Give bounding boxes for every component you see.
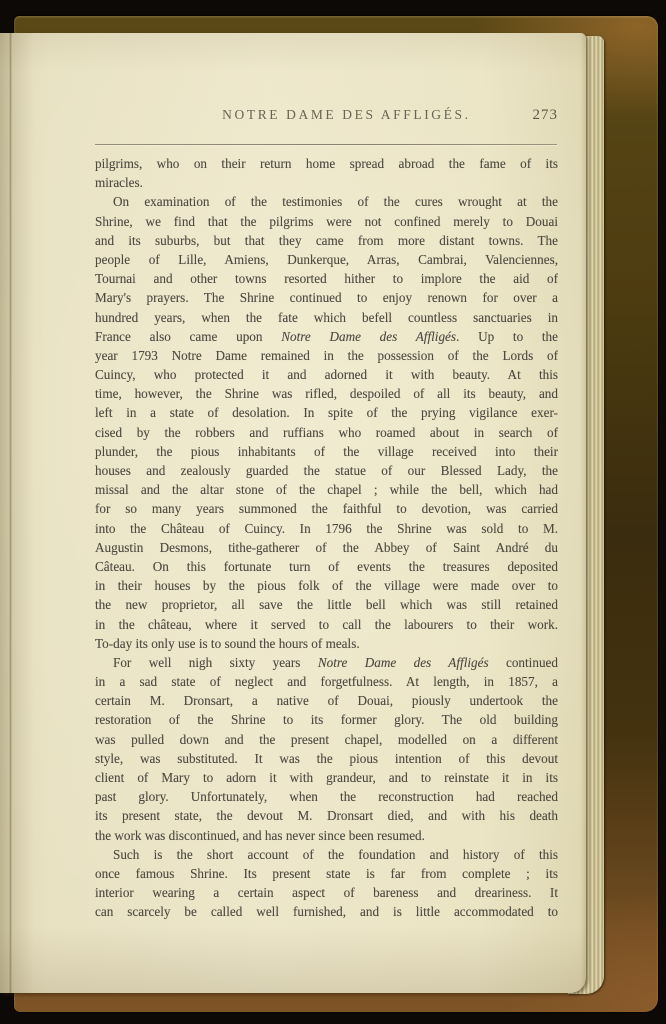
text-line: pilgrims, who on their return home sprea… [95,154,558,173]
paragraph: Such is the short account of the foundat… [95,845,558,922]
text-line: For well nigh sixty years Notre Dame des… [95,653,558,672]
text-line: Cuincy, who protected it and adorned it … [95,365,558,384]
text-line: hundred years, when the fate which befel… [95,308,558,327]
text-line: plunder, the pious inhabitants of the vi… [95,442,558,461]
text-line: in the château, where it served to call … [95,615,558,634]
text-line: past glory. Unfortunately, when the reco… [95,787,558,806]
text-line: in their houses by the pious folk of the… [95,576,558,595]
text-line: Augustin Desmons, tithe-gatherer of the … [95,538,558,557]
text-line: into the Château of Cuincy. In 1796 the … [95,519,558,538]
text-line: Mary's prayers. The Shrine continued to … [95,288,558,307]
text-line: the new proprietor, all save the little … [95,595,558,614]
text-line: in a sad state of neglect and forgetfuln… [95,672,558,691]
header-rule [95,144,557,145]
text-line: missal and the altar stone of the chapel… [95,480,558,499]
text-line: client of Mary to adorn it with grandeur… [95,768,558,787]
text-line: its present state, the devout M. Dronsar… [95,806,558,825]
text-line: On examination of the testimonies of the… [95,192,558,211]
text-line: left in a state of desolation. In spite … [95,403,558,422]
book-page: NOTRE DAME DES AFFLIGÉS. 273 pilgrims, w… [0,33,586,993]
text-line: France also came upon Notre Dame des Aff… [95,327,558,346]
text-line: restoration of the Shrine to its former … [95,710,558,729]
text-line: can scarcely be called well furnished, a… [95,902,558,921]
gutter-shadow [0,33,34,993]
text-line: the work was discontinued, and has never… [95,826,558,845]
body-text: pilgrims, who on their return home sprea… [95,154,558,922]
gutter-crease [9,33,12,993]
paragraph: On examination of the testimonies of the… [95,192,558,653]
text-line: Câteau. On this fortunate turn of events… [95,557,558,576]
text-line: time, however, the Shrine was rifled, de… [95,384,558,403]
text-line: cised by the robbers and ruffians who ro… [95,423,558,442]
book-scan: NOTRE DAME DES AFFLIGÉS. 273 pilgrims, w… [0,0,666,1024]
text-line: Shrine, we find that the pilgrims were n… [95,212,558,231]
text-line: for so many years summoned the faithful … [95,499,558,518]
text-line: once famous Shrine. Its present state is… [95,864,558,883]
text-line: Tournai and other towns resorted hither … [95,269,558,288]
text-line: Such is the short account of the foundat… [95,845,558,864]
text-line: and its suburbs, but that they came from… [95,231,558,250]
text-line: was pulled down and the present chapel, … [95,730,558,749]
running-header: NOTRE DAME DES AFFLIGÉS. 273 [95,107,558,129]
text-line: To-day its only use is to sound the hour… [95,634,558,653]
text-line: year 1793 Notre Dame remained in the pos… [95,346,558,365]
page-title: NOTRE DAME DES AFFLIGÉS. [222,107,470,123]
page-number: 273 [533,107,559,124]
text-line: interior wearing a certain aspect of bar… [95,883,558,902]
paragraph: For well nigh sixty years Notre Dame des… [95,653,558,845]
text-line: houses and zealously guarded the statue … [95,461,558,480]
paragraph: pilgrims, who on their return home sprea… [95,154,558,192]
text-line: miracles. [95,173,558,192]
text-line: style, was substituted. It was the pious… [95,749,558,768]
text-line: certain M. Dronsart, a native of Douai, … [95,691,558,710]
text-line: people of Lille, Amiens, Dunkerque, Arra… [95,250,558,269]
